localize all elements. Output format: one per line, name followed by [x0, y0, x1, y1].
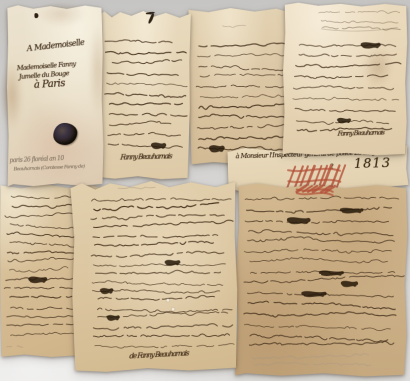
ink-speck	[34, 13, 38, 18]
photo-of-manuscript-letters: à Monsieur l'Inspecteur général de polic…	[0, 0, 410, 381]
white-spot	[166, 299, 169, 302]
paper-letter-bottom-middle: de Fanny Beauharnais	[70, 180, 238, 373]
paper-address-leaf: A Mademoiselle Mademoiselle Fanny Jumell…	[6, 5, 103, 187]
paper-letter-bottom-right	[235, 183, 408, 376]
signature: Fanny Beauharnais	[120, 152, 172, 161]
address-line-city: à Paris	[34, 78, 66, 91]
signature: Fanny Beauharnais	[337, 128, 384, 137]
paper-letter-top-middle: Fanny Beauharnais	[96, 11, 191, 180]
handwriting-scrawl	[87, 190, 232, 350]
pencil-word-faint	[217, 20, 257, 28]
white-spot	[172, 308, 175, 311]
paper-letter-top-right: Fanny Beauharnais	[282, 3, 407, 156]
pencil-word-faint	[115, 183, 160, 191]
paper-letter-middle-back	[188, 8, 289, 165]
handwriting-scrawl	[291, 35, 402, 138]
annotation-scrawl	[315, 6, 405, 33]
handwriting-scrawl	[101, 33, 186, 152]
ink-showthrough	[247, 351, 377, 370]
pencil-note-faint	[3, 342, 37, 349]
handwriting-scrawl	[240, 189, 401, 352]
docket-year: 1813	[354, 156, 391, 172]
handwriting-scrawl	[193, 36, 286, 155]
